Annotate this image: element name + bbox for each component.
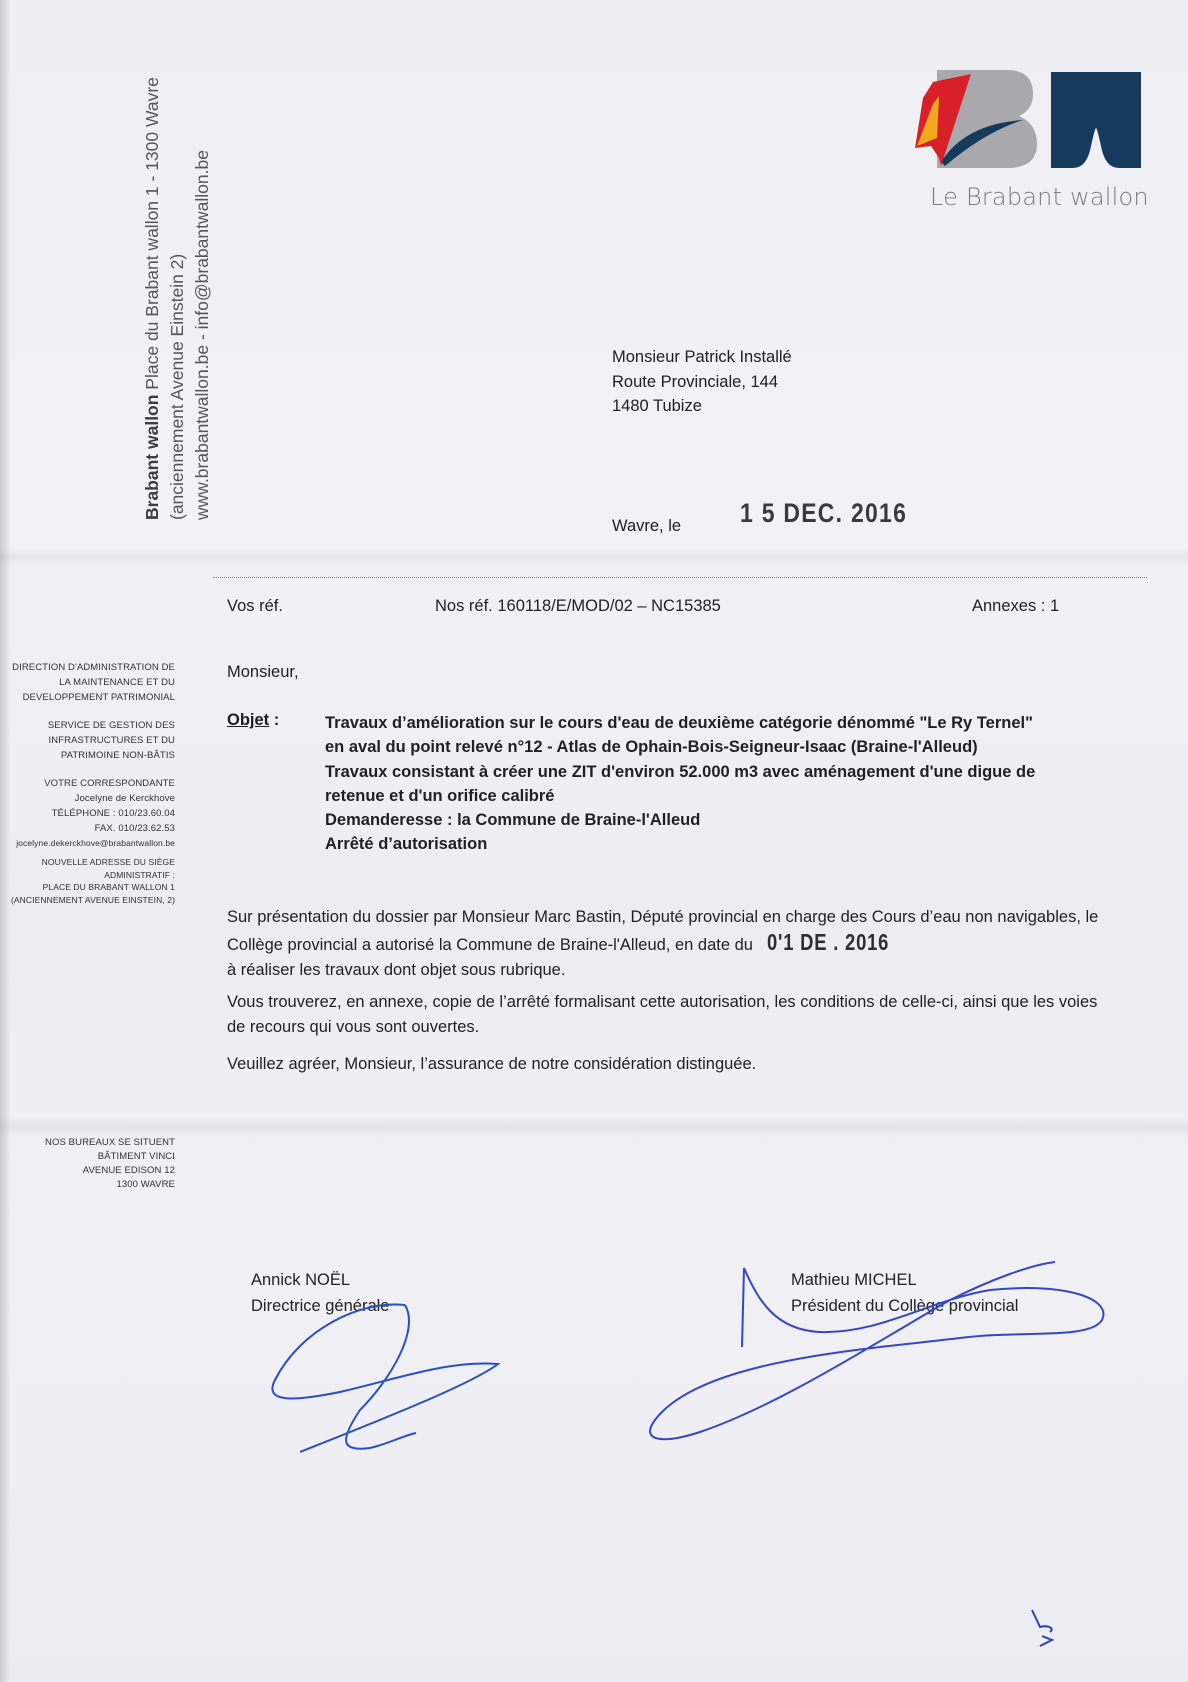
handwritten-signatures-icon [0, 0, 1188, 1682]
